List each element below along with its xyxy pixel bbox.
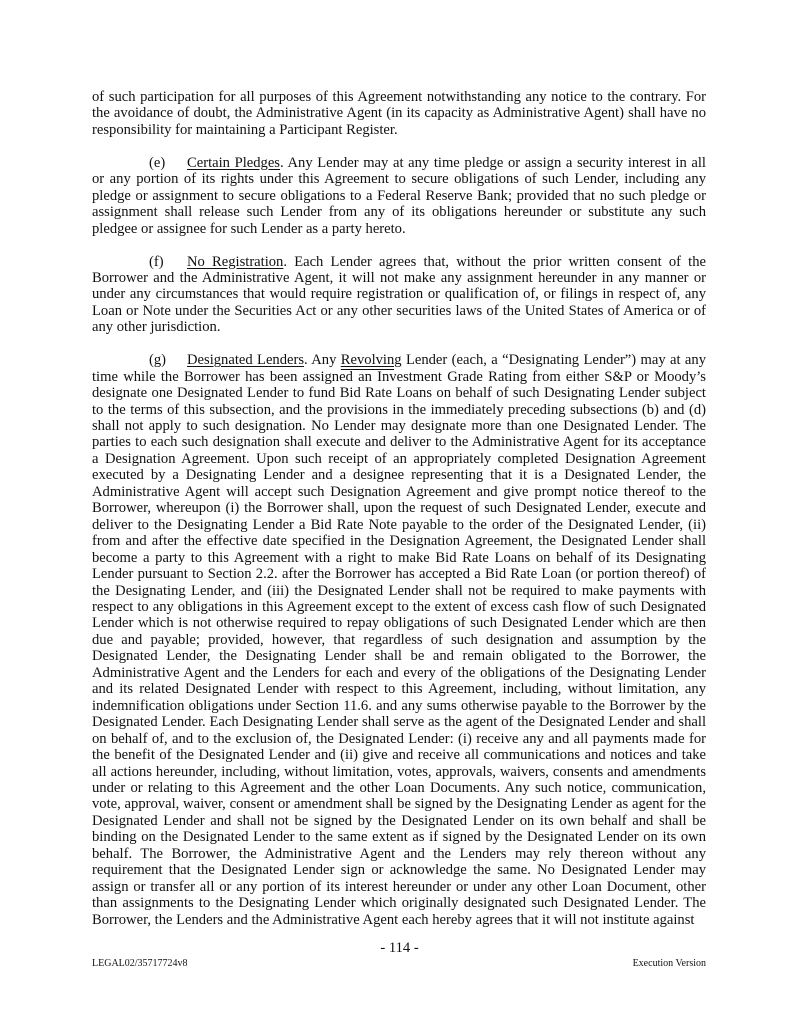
continuation-paragraph: of such participation for all purposes o… bbox=[92, 89, 706, 138]
section-label: (f) bbox=[149, 254, 187, 270]
section-text-lead: . Any bbox=[304, 352, 341, 368]
section-heading: No Registration bbox=[187, 254, 283, 270]
section-heading: Designated Lenders bbox=[187, 352, 304, 368]
section-label: (e) bbox=[149, 155, 187, 171]
section-g: (g)Designated Lenders. Any Revolving Len… bbox=[92, 352, 706, 928]
section-text: Lender (each, a “Designating Lender”) ma… bbox=[92, 352, 706, 927]
version-label: Execution Version bbox=[633, 958, 706, 969]
page-number: - 114 - bbox=[0, 940, 799, 957]
section-e: (e)Certain Pledges. Any Lender may at an… bbox=[92, 155, 706, 237]
section-heading: Certain Pledges bbox=[187, 155, 280, 171]
section-f: (f)No Registration. Each Lender agrees t… bbox=[92, 254, 706, 336]
document-id: LEGAL02/35717724v8 bbox=[92, 958, 188, 969]
section-label: (g) bbox=[149, 352, 187, 368]
document-body: of such participation for all purposes o… bbox=[92, 89, 706, 945]
inserted-word: Revolving bbox=[341, 352, 402, 368]
